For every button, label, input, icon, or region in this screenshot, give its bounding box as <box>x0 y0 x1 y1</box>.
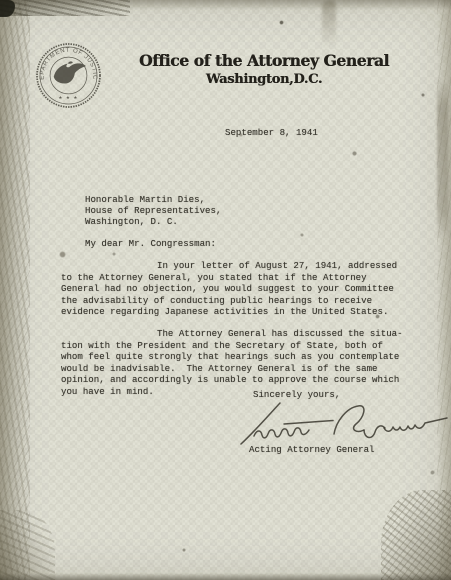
body-paragraph-2: The Attorney General has discussed the s… <box>61 328 406 398</box>
top-smudge <box>322 0 336 48</box>
eagle-icon <box>54 61 86 83</box>
signer-title: Acting Attorney General <box>249 444 375 455</box>
top-left-edge-stain <box>0 0 130 16</box>
scanned-letter-page: DEPARTMENT OF JUSTICE ★ ★ ★ Office of th… <box>0 0 451 580</box>
salutation: My dear Mr. Congressman: <box>85 238 216 249</box>
letterhead-office-line: Office of the Attorney General <box>118 50 410 72</box>
letterhead: Office of the Attorney General Washingto… <box>118 50 410 88</box>
bottom-right-corner-stain <box>381 490 451 580</box>
doj-seal-graphic: DEPARTMENT OF JUSTICE ★ ★ ★ <box>35 42 102 109</box>
date-line: September 8, 1941 <box>225 127 318 138</box>
bottom-left-corner-stain <box>0 510 55 580</box>
recipient-address-block: Honorable Martin Dies, House of Represen… <box>85 194 221 227</box>
right-edge-stain <box>437 0 451 580</box>
right-edge-streak <box>437 78 448 240</box>
department-of-justice-seal: DEPARTMENT OF JUSTICE ★ ★ ★ <box>35 42 102 109</box>
left-edge-stain <box>0 0 30 580</box>
body-paragraph-1: In your letter of August 27, 1941, addre… <box>61 260 406 318</box>
bottom-edge-stain <box>0 573 451 580</box>
handwritten-signature <box>238 399 451 447</box>
seal-stars: ★ ★ ★ <box>58 95 78 100</box>
letterhead-city-line: Washington,D.C. <box>118 72 410 88</box>
top-edge-stain <box>0 0 451 10</box>
top-left-corner-mark <box>0 0 15 17</box>
